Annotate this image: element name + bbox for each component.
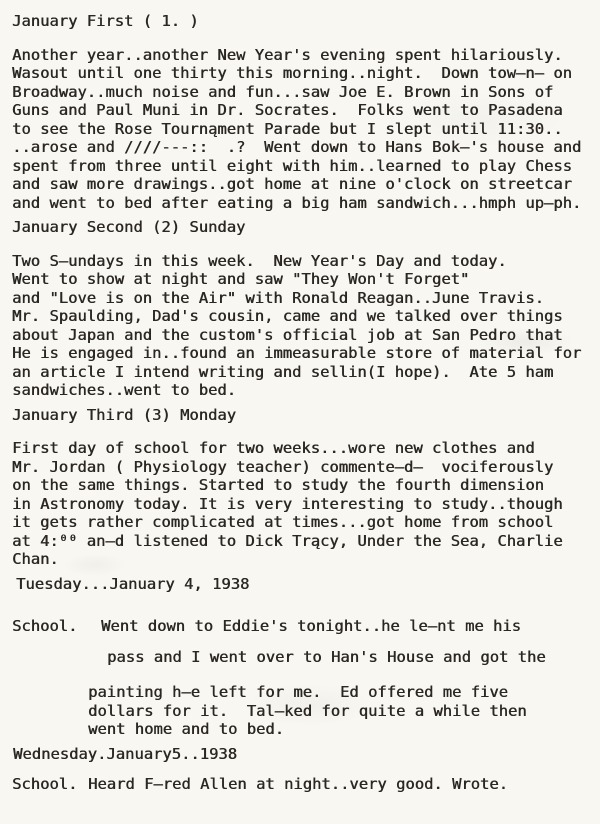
text-line: spent from three until eight with him..l… [12,157,592,176]
entry-heading: January Second (2) Sunday [12,218,592,237]
diary-page: January First ( 1. ) Another year..anoth… [0,0,600,824]
text-line: about Japan and the custom's official jo… [12,326,592,345]
text-line: Another year..another New Year's evening… [12,46,592,65]
text-line: Two S̶undays in this week. New Year's Da… [12,252,592,271]
text-line: went home and to bed. [88,720,592,739]
entry-january-fifth: Wednesday.January5..1938 School. Heard F… [12,745,592,794]
entry-january-fourth: Tuesday...January 4, 1938 School. Went d… [12,575,592,739]
school-row: School. Heard F̶red Allen at night..very… [12,775,592,794]
entry-body: First day of school for two weeks...wore… [12,439,592,569]
entry-body: Another year..another New Year's evening… [12,46,592,213]
entry-january-second: January Second (2) Sunday Two S̶undays i… [12,218,592,400]
entry-january-first: January First ( 1. ) Another year..anoth… [12,12,592,212]
text-line: pass and I went over to Han's House and … [107,648,592,667]
school-row: School. Went down to Eddie's tonight..he… [12,617,592,636]
text-line: He is engaged in..found an immeasurable … [12,344,592,363]
text-line: Mr. Jordan ( Physiology teacher) comment… [12,458,592,477]
entry-heading: Wednesday.January5..1938 [13,745,592,764]
text-line: and saw more drawings..got home at nine … [12,175,592,194]
entry-body: Two S̶undays in this week. New Year's Da… [12,252,592,400]
text-line: Went down to Eddie's tonight..he le̶nt m… [101,617,592,636]
school-label: School. [12,775,88,794]
entry-heading: January First ( 1. ) [12,12,592,31]
text-line: at 4:⁰⁰ an̶d listened to Dick Trący, Und… [12,532,592,551]
entry-heading: Tuesday...January 4, 1938 [16,575,592,594]
text-line: an article I intend writing and sellin(I… [12,363,592,382]
text-line: Chan. [12,550,592,569]
text-line: First day of school for two weeks...wore… [12,439,592,458]
text-line: ..arose and ////---:: .? Went down to Ha… [12,138,592,157]
text-line: painting h̶e left for me. Ed offered me … [88,683,592,702]
text-line: Wasout until one thirty this morning..ni… [12,64,592,83]
text-line: Heard F̶red Allen at night..very good. W… [88,775,592,794]
text-line: dollars for it. Tal̶ked for quite a whil… [88,702,592,721]
text-line: on the same things. Started to study the… [12,476,592,495]
text-line: Went to show at night and saw "They Won'… [12,270,592,289]
entry-body: painting h̶e left for me. Ed offered me … [88,683,592,739]
entry-heading: January Third (3) Monday [12,406,592,425]
text-line: and "Love is on the Air" with Ronald Rea… [12,289,592,308]
text-line: to see the Rose Tournąment Parade but I … [12,120,592,139]
text-line: Mr. Spaulding, Dad's cousin, came and we… [12,307,592,326]
text-line: in Astronomy today. It is very interesti… [12,495,592,514]
text-line: Broadway..much noise and fun...saw Joe E… [12,83,592,102]
entry-january-third: January Third (3) Monday First day of sc… [12,406,592,569]
text-line: it gets rather complicated at times...go… [12,513,592,532]
text-line: Guns and Paul Muni in Dr. Socrates. Folk… [12,101,592,120]
text-line: and went to bed after eating a big ham s… [12,194,592,213]
school-label: School. [12,617,101,636]
text-line: sandwiches..went to bed. [12,381,592,400]
